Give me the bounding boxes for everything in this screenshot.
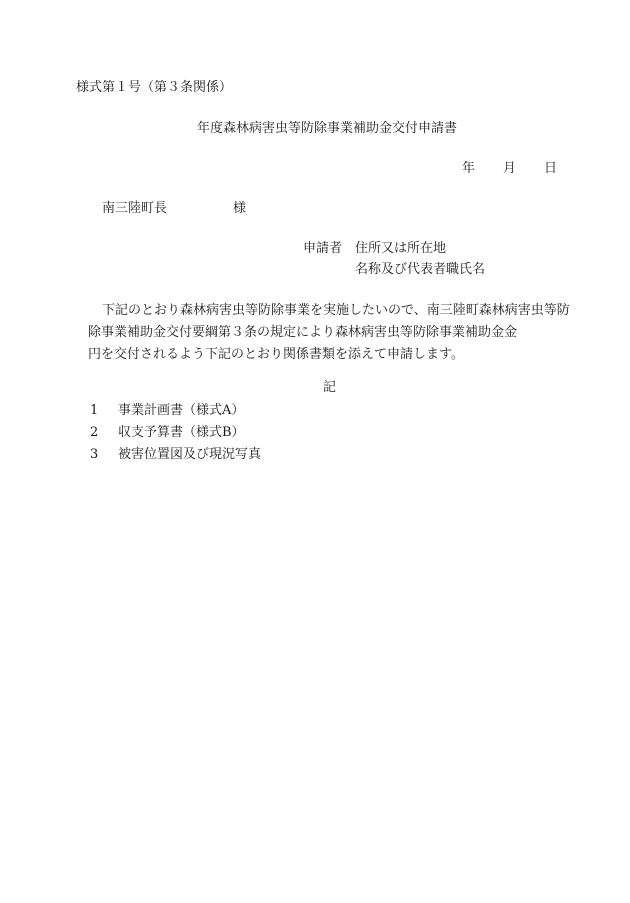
applicant-name-label: 名称及び代表者職氏名 (355, 262, 485, 278)
ki-heading: 記 (323, 380, 336, 396)
body-line-2: 除事業補助金交付要綱第３条の規定により森林病害虫等防除事業補助金金 (88, 322, 598, 344)
year-label: 年 (462, 161, 475, 177)
attachment-list: 1事業計画書（様式A） 2収支予算書（様式B） 3被害位置図及び現況写真 (90, 400, 261, 466)
day-label: 日 (544, 161, 557, 177)
document-title: 年度森林病害虫等防除事業補助金交付申請書 (197, 121, 457, 137)
body-paragraph: 下記のとおり森林病害虫等防除事業を実施したいので、南三陸町森林病害虫等防 除事業… (88, 300, 598, 366)
applicant-label: 申請者 (303, 241, 355, 257)
date-line: 年月日 (462, 161, 557, 177)
addressee: 南三陸町長様 (102, 201, 246, 217)
attachment-number: 1 (90, 400, 118, 422)
form-number: 様式第１号（第３条関係） (76, 80, 232, 96)
attachment-label: 被害位置図及び現況写真 (118, 447, 261, 462)
attachment-label: 事業計画書（様式A） (118, 403, 244, 418)
attachment-item: 3被害位置図及び現況写真 (90, 444, 261, 466)
addressee-name: 南三陸町長 (102, 201, 167, 216)
attachment-number: 2 (90, 422, 118, 444)
attachment-label: 収支予算書（様式B） (118, 425, 245, 440)
attachment-item: 2収支予算書（様式B） (90, 422, 261, 444)
addressee-honorific: 様 (233, 201, 246, 217)
body-line-1: 下記のとおり森林病害虫等防除事業を実施したいので、南三陸町森林病害虫等防 (88, 300, 598, 322)
attachment-item: 1事業計画書（様式A） (90, 400, 261, 422)
body-line-3: 円を交付されるよう下記のとおり関係書類を添えて申請します。 (88, 344, 598, 366)
attachment-number: 3 (90, 444, 118, 466)
month-label: 月 (503, 161, 516, 177)
applicant-address-label: 住所又は所在地 (355, 241, 446, 256)
applicant-block: 申請者住所又は所在地 (303, 241, 446, 257)
